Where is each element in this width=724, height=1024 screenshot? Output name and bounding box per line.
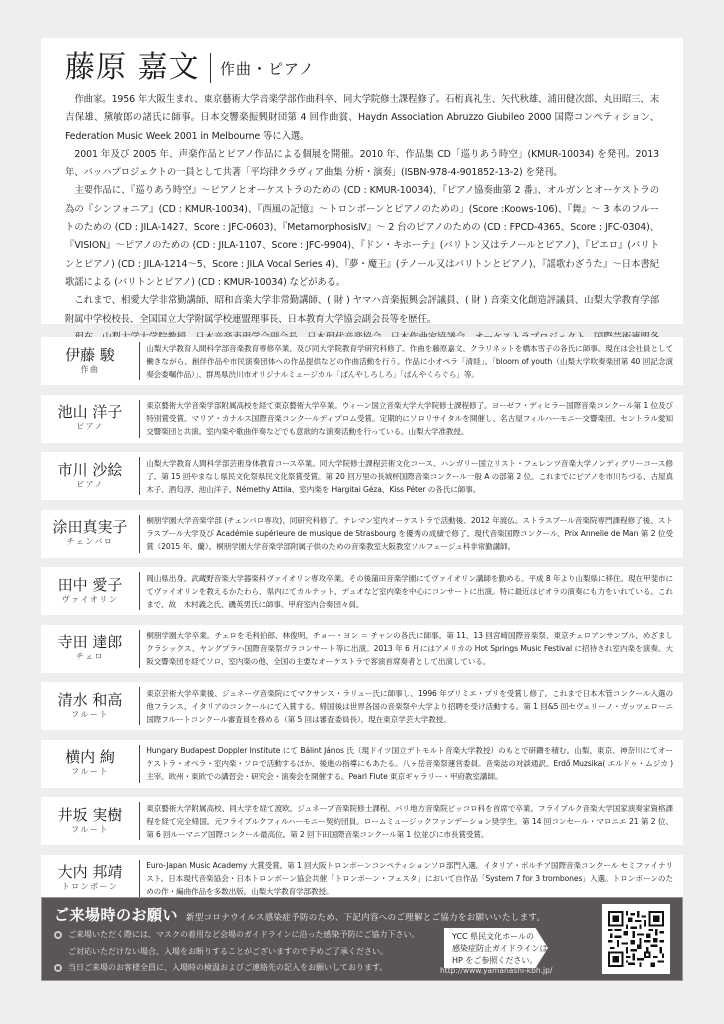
performer-role: ピアノ <box>76 479 104 491</box>
featured-name: 藤原 嘉文 <box>65 53 200 83</box>
performer-role: チェンバロ <box>67 536 114 548</box>
card-divider <box>139 802 140 840</box>
card-divider <box>139 687 140 725</box>
performer-card: 清水 和高 フルート 東京芸術大学卒業後、ジュネーヴ音楽院にてマクサンス・ラリュ… <box>41 682 683 730</box>
performer-name: 大内 邦靖 <box>58 864 123 881</box>
performer-name-box: 清水 和高 フルート <box>41 692 139 721</box>
qr-code-icon[interactable] <box>602 904 670 974</box>
performer-role: フルート <box>71 766 109 778</box>
card-divider <box>139 457 140 495</box>
performer-name-box: 横内 絢 フルート <box>41 749 139 778</box>
performer-role: ピアノ <box>76 421 104 433</box>
notice-item-text: 当日ご来場のお客様全員に、入場時の検温およびご連絡先の記入をお願いしております。 <box>68 960 387 977</box>
performer-card: 涂田真実子 チェンバロ 桐朋学園大学音楽学部 (チェンバロ専攻)、同研究科修了。… <box>41 510 683 558</box>
performer-card: 寺田 達郎 チェロ 桐朋学園大学卒業。チェロを毛利伯郎、林俊明、チョー・ヨン ＝… <box>41 625 683 673</box>
card-divider <box>139 630 140 668</box>
performer-name-box: 涂田真実子 チェンバロ <box>41 519 139 548</box>
performer-bio: 東京藝術大学附属高校、同大学を経て渡欧。ジュネーブ音楽院修士課程、パリ地方音楽院… <box>146 802 673 841</box>
performer-name: 寺田 達郎 <box>58 634 123 651</box>
notice-item-text: ご来場いただく際には、マスクの着用など会場のガイドラインに沿った感染予防にご協力… <box>68 927 420 944</box>
visitor-notice-panel: ご来場時のお願い 新型コロナウイルス感染症予防のため、下記内容へのご理解とご協力… <box>41 897 683 981</box>
performer-name-box: 井坂 実樹 フルート <box>41 807 139 836</box>
performer-name: 井坂 実樹 <box>58 807 123 824</box>
card-divider <box>139 515 140 553</box>
bio-paragraph: これまで、相愛大学非常勤講師、昭和音楽大学非常勤講師、( 財 ) ヤマハ音楽振興… <box>65 292 659 329</box>
performer-role: 作曲 <box>81 364 100 376</box>
performer-bio: 山梨大学教育人間科学部芸術身体教育コース卒業。同大学院修士課程芸術文化コース、ハ… <box>146 457 673 496</box>
featured-profile-header: 藤原 嘉文 作曲・ピアノ <box>65 48 659 88</box>
card-divider <box>139 572 140 610</box>
callout-line: 感染症防止ガイドラインは <box>452 943 548 955</box>
featured-biography: 作曲家。1956 年大阪生まれ、東京藝術大学音楽学部作曲科卒、同大学院修士課程修… <box>65 91 659 365</box>
card-divider <box>139 860 140 898</box>
card-divider <box>139 342 140 380</box>
performer-name: 伊藤 駿 <box>65 347 115 364</box>
performer-role: フルート <box>71 709 109 721</box>
performer-name: 田中 愛子 <box>58 577 123 594</box>
notice-title: ご来場時のお願い <box>54 904 178 925</box>
performer-name-box: 寺田 達郎 チェロ <box>41 634 139 663</box>
performer-bio: 岡山県出身。武蔵野音楽大学器楽科ヴァイオリン専攻卒業。その後蒲田音楽学園にてヴァ… <box>146 572 673 611</box>
featured-role: 作曲・ピアノ <box>220 58 315 79</box>
performer-bio: 桐朋学園大学音楽学部 (チェンバロ専攻)、同研究科修了。テレマン室内オーケストラ… <box>146 514 673 553</box>
performer-role: ヴァイオリン <box>62 594 119 606</box>
performer-name-box: 田中 愛子 ヴァイオリン <box>41 577 139 606</box>
featured-profile-panel: 藤原 嘉文 作曲・ピアノ 作曲家。1956 年大阪生まれ、東京藝術大学音楽学部作… <box>41 38 683 324</box>
notice-item: ご来場いただく際には、マスクの着用など会場のガイドラインに沿った感染予防にご協力… <box>54 927 434 944</box>
performer-bio: 東京藝術大学音楽学部附属高校を経て東京藝術大学卒業。ウィーン国立音楽大学大学院修… <box>146 399 673 438</box>
card-divider <box>139 400 140 438</box>
performer-name: 清水 和高 <box>58 692 123 709</box>
bio-paragraph: 2001 年及び 2005 年、声楽作品とピアノ作品による個展を開催。2010 … <box>65 146 659 183</box>
circle-bullet-icon <box>54 931 62 939</box>
performer-bio: Euro-Japan Music Academy 大賞受賞。第 1 回大阪トロン… <box>146 859 673 898</box>
notice-list: ご来場いただく際には、マスクの着用など会場のガイドラインに沿った感染予防にご協力… <box>54 927 434 977</box>
qr-code-graphic <box>608 911 664 967</box>
notice-subtitle: 新型コロナウイルス感染症予防のため、下記内容へのご理解とご協力をお願いいたします… <box>186 911 545 923</box>
performer-name-box: 大内 邦靖 トロンボーン <box>41 864 139 893</box>
performer-role: トロンボーン <box>62 881 119 893</box>
performer-card: 大内 邦靖 トロンボーン Euro-Japan Music Academy 大賞… <box>41 855 683 903</box>
performer-card: 横内 絢 フルート Hungary Budapest Doppler Insti… <box>41 740 683 788</box>
performer-name: 市川 沙絵 <box>58 462 123 479</box>
notice-item-text: ご対応いただけない場合、入場をお断りすることがございますので予めご了承ください。 <box>68 944 388 961</box>
performer-bio: 東京芸術大学卒業後、ジュネーヴ音楽院にてマクサンス・ラリュー氏に師事し、1996… <box>146 687 673 726</box>
notice-item: 当日ご来場のお客様全員に、入場時の検温およびご連絡先の記入をお願いしております。 <box>54 960 434 977</box>
notice-header: ご来場時のお願い 新型コロナウイルス感染症予防のため、下記内容へのご理解とご協力… <box>54 904 545 925</box>
guideline-callout: YCC 県民文化ホールの 感染症防止ガイドラインは HP をご参照ください。 <box>444 928 548 968</box>
performer-name-box: 池山 洋子 ピアノ <box>41 404 139 433</box>
circle-bullet-icon <box>54 964 62 972</box>
hall-website-link[interactable]: http://www.yamanashi-kbh.jp/ <box>440 966 552 975</box>
performer-card: 池山 洋子 ピアノ 東京藝術大学音楽学部附属高校を経て東京藝術大学卒業。ウィーン… <box>41 395 683 443</box>
performer-role: フルート <box>71 824 109 836</box>
performer-name: 横内 絢 <box>65 749 115 766</box>
performer-name-box: 市川 沙絵 ピアノ <box>41 462 139 491</box>
performer-card: 市川 沙絵 ピアノ 山梨大学教育人間科学部芸術身体教育コース卒業。同大学院修士課… <box>41 452 683 500</box>
performer-name-box: 伊藤 駿 作曲 <box>41 347 139 376</box>
bio-paragraph: 主要作品に、『巡りあう時空』～ピアノとオーケストラのための (CD : KMUR… <box>65 182 659 292</box>
performer-card: 田中 愛子 ヴァイオリン 岡山県出身。武蔵野音楽大学器楽科ヴァイオリン専攻卒業。… <box>41 567 683 615</box>
bio-paragraph: 作曲家。1956 年大阪生まれ、東京藝術大学音楽学部作曲科卒、同大学院修士課程修… <box>65 91 659 146</box>
performer-bio: 桐朋学園大学卒業。チェロを毛利伯郎、林俊明、チョー・ヨン ＝ チャンの各氏に師事… <box>146 629 673 668</box>
callout-line: YCC 県民文化ホールの <box>452 931 548 943</box>
performer-list: 伊藤 駿 作曲 山梨大学教育人間科学部音楽教育専修卒業、及び同大学院教育学研究科… <box>41 337 683 970</box>
performer-name: 池山 洋子 <box>58 404 123 421</box>
card-divider <box>139 745 140 783</box>
performer-card: 伊藤 駿 作曲 山梨大学教育人間科学部音楽教育専修卒業、及び同大学院教育学研究科… <box>41 337 683 385</box>
performer-role: チェロ <box>76 651 104 663</box>
notice-item-continuation: ご対応いただけない場合、入場をお断りすることがございますので予めご了承ください。 <box>54 944 434 961</box>
performer-bio: Hungary Budapest Doppler Institute にて Bá… <box>146 744 673 783</box>
performer-bio: 山梨大学教育人間科学部音楽教育専修卒業、及び同大学院教育学研究科修了。作曲を藤原… <box>146 342 673 381</box>
performer-name: 涂田真実子 <box>52 519 127 536</box>
performer-card: 井坂 実樹 フルート 東京藝術大学附属高校、同大学を経て渡欧。ジュネーブ音楽院修… <box>41 797 683 845</box>
header-divider <box>210 53 212 83</box>
